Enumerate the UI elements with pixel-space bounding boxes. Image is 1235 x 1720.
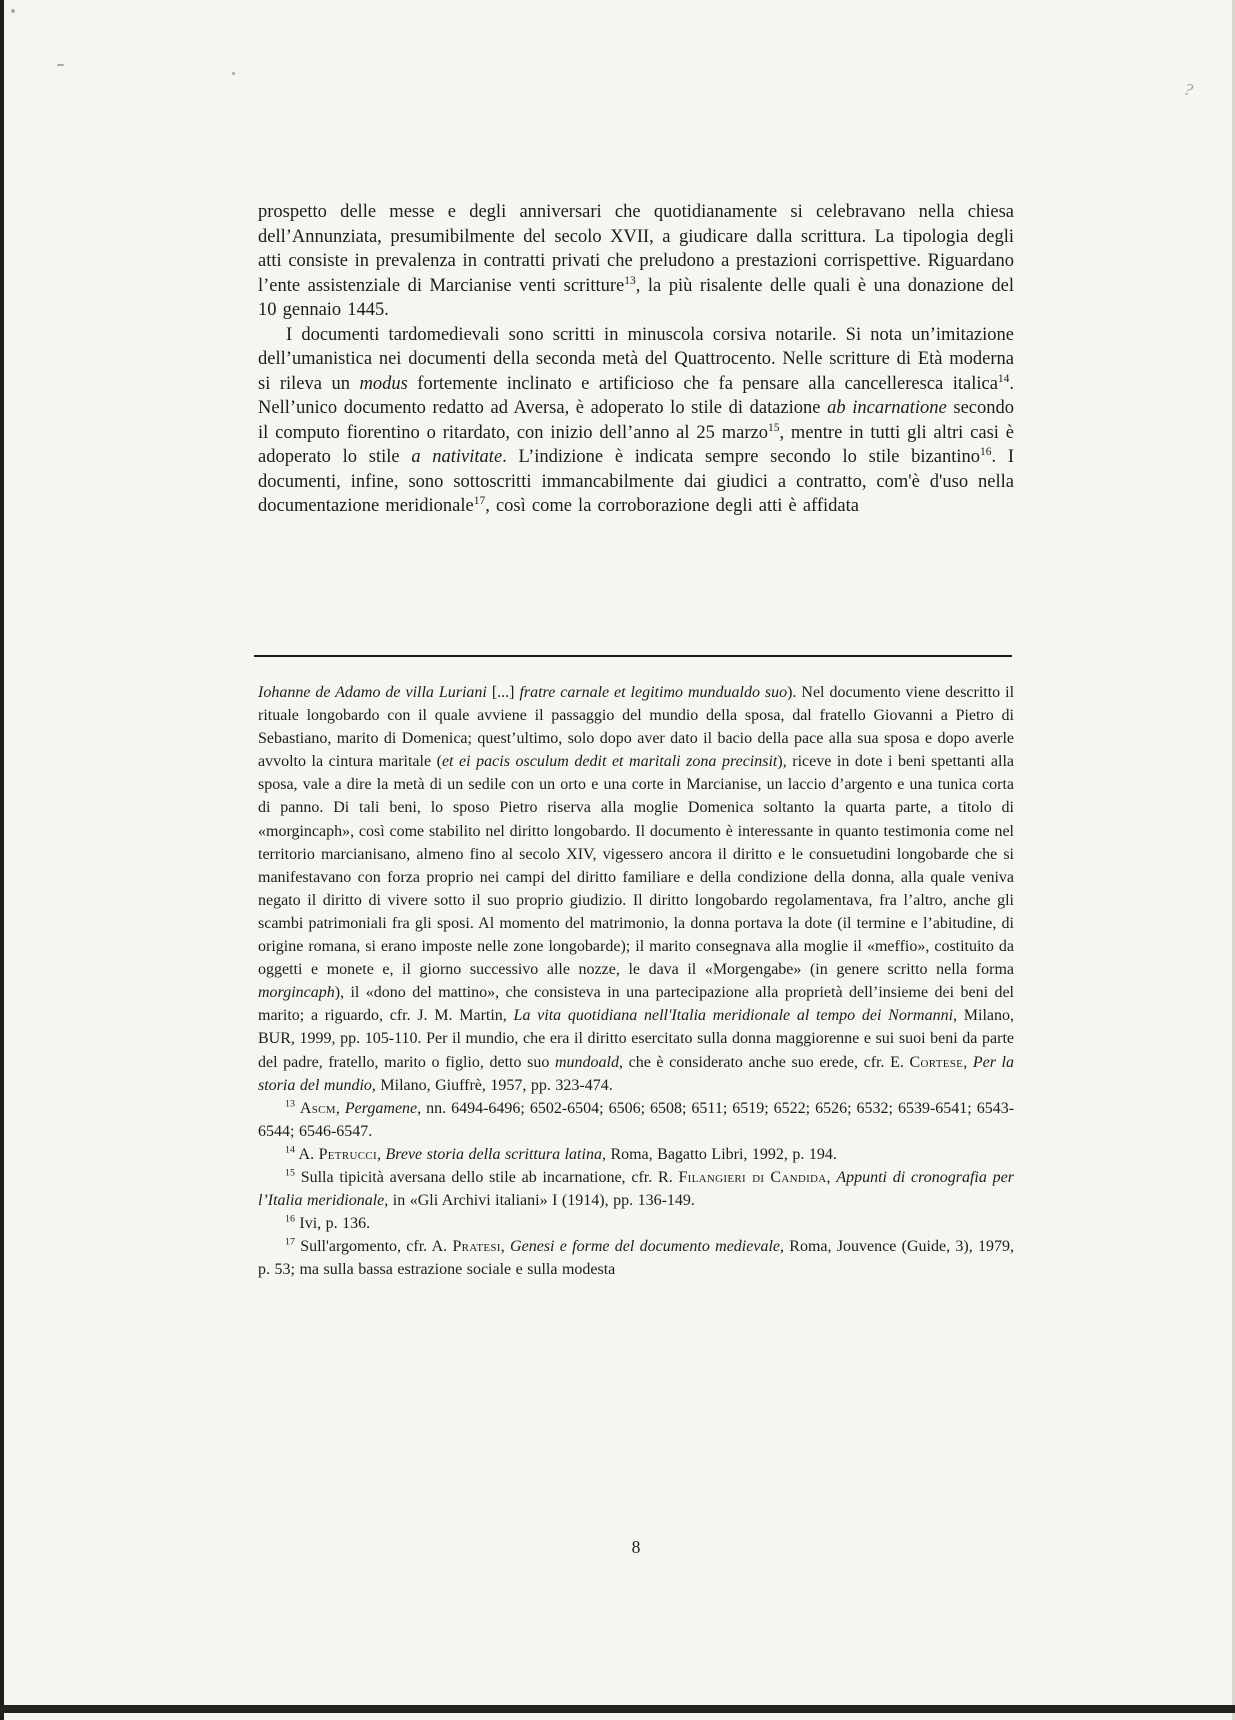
scan-speck [232,72,235,75]
scan-speck [57,64,64,66]
scanned-page: ? prospetto delle messe e degli annivers… [0,0,1235,1720]
footnote-continuation: Iohanne de Adamo de villa Luriani [...] … [258,681,1014,1097]
stray-pencil-mark: ? [1182,79,1195,100]
footnotes-block: Iohanne de Adamo de villa Luriani [...] … [258,681,1014,1281]
footnote-separator-rule [254,655,1012,657]
footnote-13: 13 Ascm, Pergamene, nn. 6494-6496; 6502-… [258,1097,1014,1143]
footnote-17: 17 Sull'argomento, cfr. A. Pratesi, Gene… [258,1235,1014,1281]
body-paragraph: I documenti tardomedievali sono scritti … [258,323,1014,519]
footnote-14: 14 A. Petrucci, Breve storia della scrit… [258,1143,1014,1166]
body-paragraph: prospetto delle messe e degli anniversar… [258,200,1014,323]
footnote-15: 15 Sulla tipicità aversana dello stile a… [258,1166,1014,1212]
scan-edge-bottom [0,1705,1235,1713]
page-number: 8 [258,1537,1014,1558]
scan-edge-left [0,0,4,1720]
main-text-block: prospetto delle messe e degli anniversar… [258,200,1014,519]
scan-speck [11,9,15,13]
footnote-16: 16 Ivi, p. 136. [258,1212,1014,1235]
